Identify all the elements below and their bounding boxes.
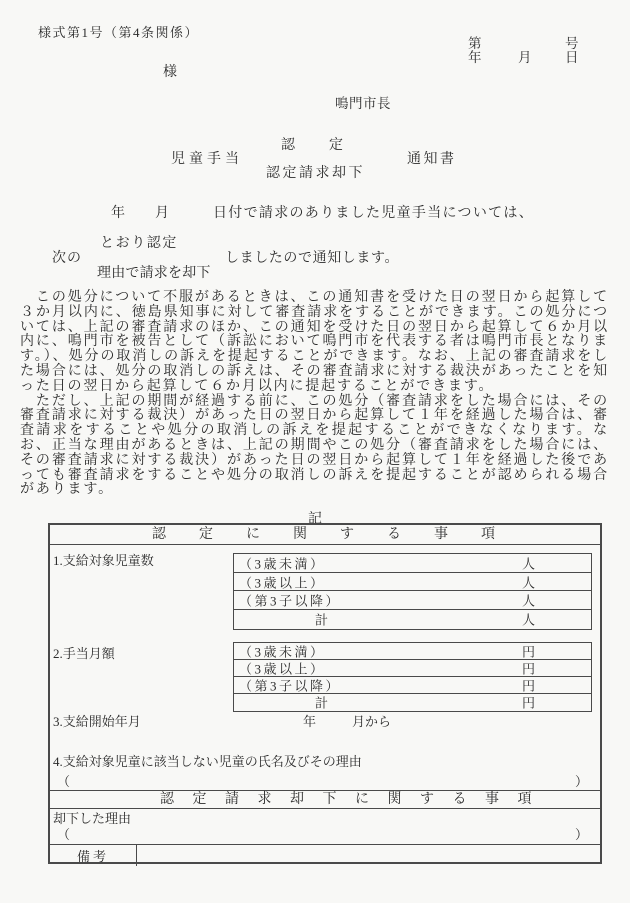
row-unit: 円: [522, 693, 535, 712]
row-unit: 人: [522, 572, 535, 591]
remarks-row: 備考: [50, 844, 600, 866]
item4-paren-close: ）: [575, 775, 588, 789]
row-unit: 人: [522, 553, 535, 572]
table-row: （3歳未満） 人: [234, 554, 591, 573]
row-unit: 円: [522, 675, 535, 694]
monthly-amount-table: （3歳未満） 円 （3歳以上） 円 （第3子以降） 円 計 円: [233, 642, 592, 712]
date-year-label: 年: [468, 46, 482, 66]
decision-suffix: しましたので通知します。: [225, 247, 399, 267]
item2-label: 2.手当月額: [53, 647, 115, 661]
request-sentence: 日付で請求のありました児童手当については、: [213, 202, 534, 222]
table-row: （第3子以降） 円: [234, 677, 591, 694]
title-option-approval: 認 定: [281, 134, 345, 154]
date-day-label: 日: [565, 46, 579, 66]
item4-label: 4.支給対象児童に該当しない児童の氏名及びその理由: [53, 755, 362, 769]
total-label: 計: [315, 693, 328, 712]
row-label: （第3子以降）: [239, 591, 341, 610]
paragraph-limitation: ただし、上記の期間が経過する前に、この処分（審査請求をした場合には、その審査請求…: [20, 395, 609, 499]
table-row-total: 計 人: [234, 610, 591, 629]
details-table: 認定に関する事項 1.支給対象児童数 （3歳未満） 人 （3歳以上） 人 （第3…: [48, 523, 602, 864]
title-notice: 通知書: [407, 148, 457, 168]
request-year-label: 年: [111, 202, 125, 222]
decision-option-rejected: 理由で請求を却下: [97, 262, 211, 282]
section1-header: 認定に関する事項: [50, 525, 600, 545]
total-label: 計: [315, 610, 328, 629]
date-month-label: 月: [518, 46, 532, 66]
title-option-rejection: 認定請求却下: [266, 162, 365, 182]
child-count-table: （3歳未満） 人 （3歳以上） 人 （第3子以降） 人 計 人: [233, 553, 592, 630]
row-label: （3歳以上）: [239, 572, 326, 591]
row-unit: 人: [522, 591, 535, 610]
table-row: （3歳以上） 人: [234, 573, 591, 592]
addressee-suffix: 様: [163, 61, 177, 81]
decision-option-approved: とおり認定: [100, 232, 178, 252]
reject-paren-open: （: [57, 828, 70, 842]
item1-label: 1.支給対象児童数: [53, 554, 154, 568]
row-label: （第3子以降）: [239, 675, 341, 694]
decision-prefix: 次の: [52, 247, 82, 267]
section2-header: 認定請求却下に関する事項: [50, 790, 600, 809]
legal-paragraphs: この処分について不服があるときは、この通知書を受けた日の翌日から起算して３か月以…: [20, 291, 609, 498]
reject-reason-label: 却下した理由: [53, 812, 131, 826]
start-month-label: 月から: [352, 715, 391, 729]
remarks-value: [137, 845, 600, 866]
table-body: 1.支給対象児童数 （3歳未満） 人 （3歳以上） 人 （第3子以降） 人 計 …: [50, 545, 600, 790]
paragraph-appeal: この処分について不服があるときは、この通知書を受けた日の翌日から起算して３か月以…: [20, 291, 609, 395]
request-month-label: 月: [155, 202, 169, 222]
title-allowance: 児童手当: [171, 148, 243, 168]
form-number: 様式第1号（第4条関係）: [38, 22, 199, 41]
rejection-section: 却下した理由 （ ）: [50, 809, 600, 844]
start-year-label: 年: [303, 715, 316, 729]
sender-name: 鳴門市長: [335, 92, 391, 112]
table-row-total: 計 円: [234, 694, 591, 711]
reject-paren-close: ）: [575, 828, 588, 842]
row-label: （3歳未満）: [239, 553, 326, 572]
item4-paren-open: （: [57, 775, 70, 789]
table-row: （第3子以降） 人: [234, 591, 591, 610]
row-unit: 人: [522, 610, 535, 629]
item3-label: 3.支給開始年月: [53, 715, 141, 729]
remarks-label: 備考: [50, 845, 137, 866]
